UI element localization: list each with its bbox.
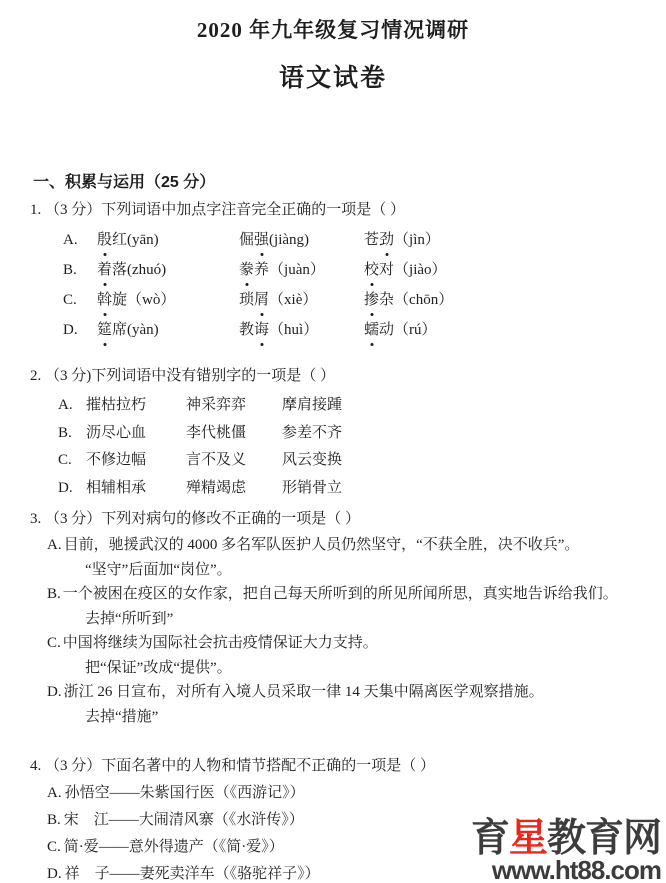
word-part: 对: [379, 262, 394, 278]
dotted-char: 筵: [97, 315, 112, 345]
question-3-option-a-fix: “坚守”后面加“岗位”。: [85, 558, 666, 583]
idiom: 不修边幅: [86, 447, 186, 475]
option-label: B.: [58, 420, 86, 448]
pinyin: （wò）: [127, 292, 175, 308]
word-part: 琐: [239, 292, 254, 308]
word-with-pinyin: 琐屑（xiè）: [239, 285, 364, 315]
option-text: 简·爱——意外得遗产（《简·爱》）: [64, 839, 284, 855]
option-label: C.: [58, 447, 86, 475]
option-label: C.: [47, 839, 61, 855]
word-part: 动: [379, 322, 394, 338]
idiom: 风云变换: [282, 447, 342, 475]
word-part: 落: [112, 262, 127, 278]
publisher-url: www.ht88.com: [471, 858, 661, 882]
question-2-stem: 2. （3 分)下列词语中没有错别字的一项是（ ）: [30, 366, 666, 387]
option-label: A.: [58, 392, 86, 420]
pinyin: (zhuó): [127, 262, 166, 278]
word-with-pinyin: 校对（jiào）: [364, 255, 447, 285]
option-label: D.: [58, 475, 86, 503]
option-text: 中国将继续为国际社会抗击疫情保证大力支持。: [63, 635, 378, 651]
option-label: B.: [47, 586, 61, 602]
dotted-char: 豢: [239, 255, 254, 285]
question-3-option-a: A.目前，驰援武汉的 4000 多名军队医护人员仍然坚守，“不获全胜，决不收兵”…: [47, 533, 666, 558]
word-part: 杂: [379, 292, 394, 308]
question-3-option-d-fix: 去掉“措施”: [85, 705, 666, 730]
question-3: 3. （3 分）下列对病句的修改不正确的一项是（ ） A.目前，驰援武汉的 40…: [0, 509, 666, 729]
word-part: 席: [112, 322, 127, 338]
dotted-char: 掺: [364, 285, 379, 315]
question-1-option-c: C. 斡旋（wò） 琐屑（xiè） 掺杂（chōn）: [0, 285, 666, 315]
word-with-pinyin: 豢养（juàn）: [239, 255, 364, 285]
question-2-options: A. 摧枯拉朽 神采弈弈 摩肩接踵 B. 沥尽心血 李代桃僵 参差不齐 C. 不…: [0, 392, 666, 502]
pinyin: (yān): [127, 232, 159, 248]
word-part: 旋: [112, 292, 127, 308]
idiom: 相辅相承: [86, 475, 186, 503]
publisher-watermark: 育星教育网 www.ht88.com: [471, 820, 661, 882]
paper-title: 2020 年九年级复习情况调研: [0, 0, 666, 44]
option-label: B.: [63, 255, 97, 285]
section-heading: 一、积累与运用（25 分）: [33, 172, 666, 193]
dotted-char: 蠕: [364, 315, 379, 345]
question-3-options: A.目前，驰援武汉的 4000 多名军队医护人员仍然坚守，“不获全胜，决不收兵”…: [0, 533, 666, 729]
question-3-option-c: C.中国将继续为国际社会抗击疫情保证大力支持。: [47, 631, 666, 656]
option-text: 祥 子——妻死卖洋车（《骆驼祥子》）: [65, 866, 320, 882]
paper-subtitle: 语文试卷: [0, 62, 666, 95]
question-3-stem: 3. （3 分）下列对病句的修改不正确的一项是（ ）: [30, 509, 666, 530]
idiom: 沥尽心血: [86, 420, 186, 448]
idiom: 形销骨立: [282, 475, 342, 503]
pinyin: （jiào）: [394, 262, 447, 278]
question-4-option-a: A.孙悟空——朱紫国行医（《西游记》）: [47, 780, 666, 807]
question-2-option-d: D. 相辅相承 殚精竭虑 形销骨立: [0, 475, 666, 503]
word-with-pinyin: 教诲（huì）: [239, 315, 364, 345]
dotted-char: 着: [97, 255, 112, 285]
idiom: 言不及义: [186, 447, 282, 475]
word-with-pinyin: 蠕动（rú）: [364, 315, 437, 345]
pinyin: （rú）: [394, 322, 437, 338]
question-1-option-b: B. 着落(zhuó) 豢养（juàn） 校对（jiào）: [0, 255, 666, 285]
word-with-pinyin: 苍劲（jìn）: [364, 225, 440, 255]
option-label: C.: [47, 635, 61, 651]
question-3-option-d: D.浙江 26 日宣布，对所有入境人员采取一律 14 天集中隔离医学观察措施。: [47, 680, 666, 705]
option-label: A.: [63, 225, 97, 255]
idiom: 参差不齐: [282, 420, 342, 448]
dotted-char: 屑: [254, 285, 269, 315]
pinyin: （chōn）: [394, 292, 453, 308]
option-label: D.: [47, 866, 62, 882]
pinyin: （xiè）: [269, 292, 317, 308]
option-label: A.: [47, 785, 62, 801]
pinyin: （jìn）: [394, 232, 440, 248]
dotted-char: 校: [364, 255, 379, 285]
question-1: 1. （3 分）下列词语中加点字注音完全正确的一项是（ ） A. 殷红(yān)…: [0, 200, 666, 345]
pinyin: (jiàng): [269, 232, 309, 248]
idiom: 摩肩接踵: [282, 392, 342, 420]
word-with-pinyin: 殷红(yān): [97, 225, 239, 255]
word-with-pinyin: 筵席(yàn): [97, 315, 239, 345]
logo-text-part: 育: [471, 817, 509, 860]
logo-text-part: 教育网: [547, 817, 661, 860]
exam-paper-page: 2020 年九年级复习情况调研 语文试卷 一、积累与运用（25 分） 1. （3…: [0, 0, 666, 883]
option-text: 孙悟空——朱紫国行医（《西游记》）: [65, 785, 305, 801]
idiom: 摧枯拉朽: [86, 392, 186, 420]
word-part: 养: [254, 262, 269, 278]
option-text: 浙江 26 日宣布，对所有入境人员采取一律 14 天集中隔离医学观察措施。: [64, 684, 544, 700]
idiom: 李代桃僵: [186, 420, 282, 448]
dotted-char: 诲: [254, 315, 269, 345]
option-label: B.: [47, 812, 61, 828]
question-2-option-a: A. 摧枯拉朽 神采弈弈 摩肩接踵: [0, 392, 666, 420]
word-with-pinyin: 倔强(jiàng): [239, 225, 364, 255]
option-label: D.: [47, 684, 62, 700]
question-2-option-c: C. 不修边幅 言不及义 风云变换: [0, 447, 666, 475]
question-1-options: A. 殷红(yān) 倔强(jiàng) 苍劲（jìn） B. 着落(zhuó)…: [0, 225, 666, 345]
idiom: 殚精竭虑: [186, 475, 282, 503]
option-text: 一个被困在疫区的女作家，把自己每天所听到的所见所闻所思，真实地告诉给我们。: [63, 586, 618, 602]
question-2: 2. （3 分)下列词语中没有错别字的一项是（ ） A. 摧枯拉朽 神采弈弈 摩…: [0, 366, 666, 502]
question-2-option-b: B. 沥尽心血 李代桃僵 参差不齐: [0, 420, 666, 448]
question-3-option-c-fix: 把“保证”改成“提供”。: [85, 656, 666, 681]
word-part: 教: [239, 322, 254, 338]
dotted-char: 劲: [379, 225, 394, 255]
option-label: A.: [47, 537, 62, 553]
word-part: 倔: [239, 232, 254, 248]
pinyin: （huì）: [269, 322, 318, 338]
question-4-stem: 4. （3 分）下面名著中的人物和情节搭配不正确的一项是（ ）: [30, 756, 666, 777]
dotted-char: 强: [254, 225, 269, 255]
pinyin: （juàn）: [269, 262, 325, 278]
dotted-char: 殷: [97, 225, 112, 255]
question-3-option-b-fix: 去掉“所听到”: [85, 607, 666, 632]
question-1-option-a: A. 殷红(yān) 倔强(jiàng) 苍劲（jìn）: [0, 225, 666, 255]
logo-highlight-char: 星: [509, 817, 547, 860]
publisher-logo-text: 育星教育网: [471, 820, 661, 858]
dotted-char: 斡: [97, 285, 112, 315]
option-label: D.: [63, 315, 97, 345]
word-with-pinyin: 着落(zhuó): [97, 255, 239, 285]
question-1-stem: 1. （3 分）下列词语中加点字注音完全正确的一项是（ ）: [30, 200, 666, 221]
word-with-pinyin: 斡旋（wò）: [97, 285, 239, 315]
option-text: 目前，驰援武汉的 4000 多名军队医护人员仍然坚守，“不获全胜，决不收兵”。: [64, 537, 580, 553]
option-label: C.: [63, 285, 97, 315]
word-part: 红: [112, 232, 127, 248]
option-text: 宋 江——大闹清风寨（《水浒传》）: [64, 812, 304, 828]
pinyin: (yàn): [127, 322, 159, 338]
question-3-option-b: B.一个被困在疫区的女作家，把自己每天所听到的所见所闻所思，真实地告诉给我们。: [47, 582, 666, 607]
idiom: 神采弈弈: [186, 392, 282, 420]
question-1-option-d: D. 筵席(yàn) 教诲（huì） 蠕动（rú）: [0, 315, 666, 345]
word-with-pinyin: 掺杂（chōn）: [364, 285, 453, 315]
word-part: 苍: [364, 232, 379, 248]
